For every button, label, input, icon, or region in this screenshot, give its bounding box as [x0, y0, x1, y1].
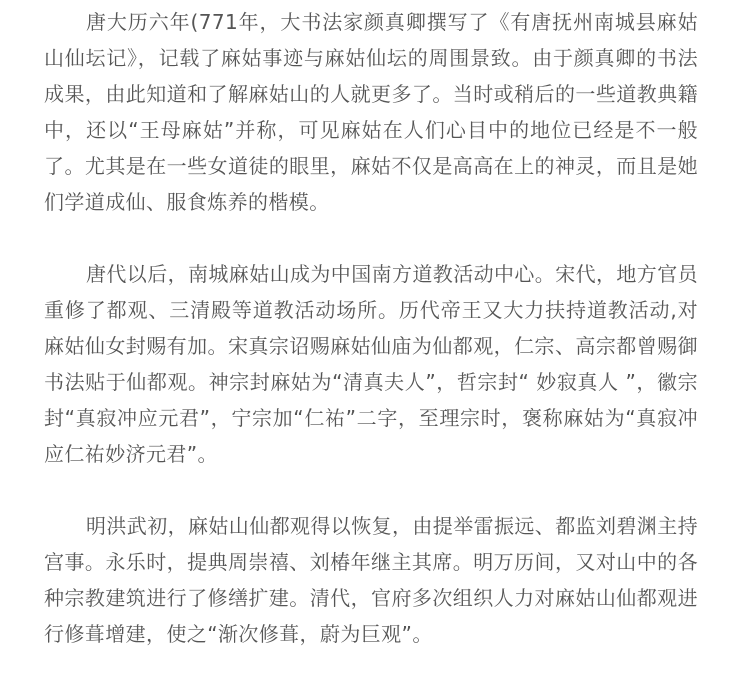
paragraph-tang-dynasty: 唐大历六年(771年，大书法家颜真卿撰写了《有唐抚州南城县麻姑山仙坛记》，记载了…	[44, 4, 698, 220]
paragraph-song-dynasty: 唐代以后，南城麻姑山成为中国南方道教活动中心。宋代，地方官员重修了都观、三清殿等…	[44, 256, 698, 472]
article-body: 唐大历六年(771年，大书法家颜真卿撰写了《有唐抚州南城县麻姑山仙坛记》，记载了…	[44, 4, 698, 652]
paragraph-ming-qing-dynasty: 明洪武初，麻姑山仙都观得以恢复，由提举雷振远、都监刘碧渊主持宫事。永乐时，提典周…	[44, 508, 698, 652]
